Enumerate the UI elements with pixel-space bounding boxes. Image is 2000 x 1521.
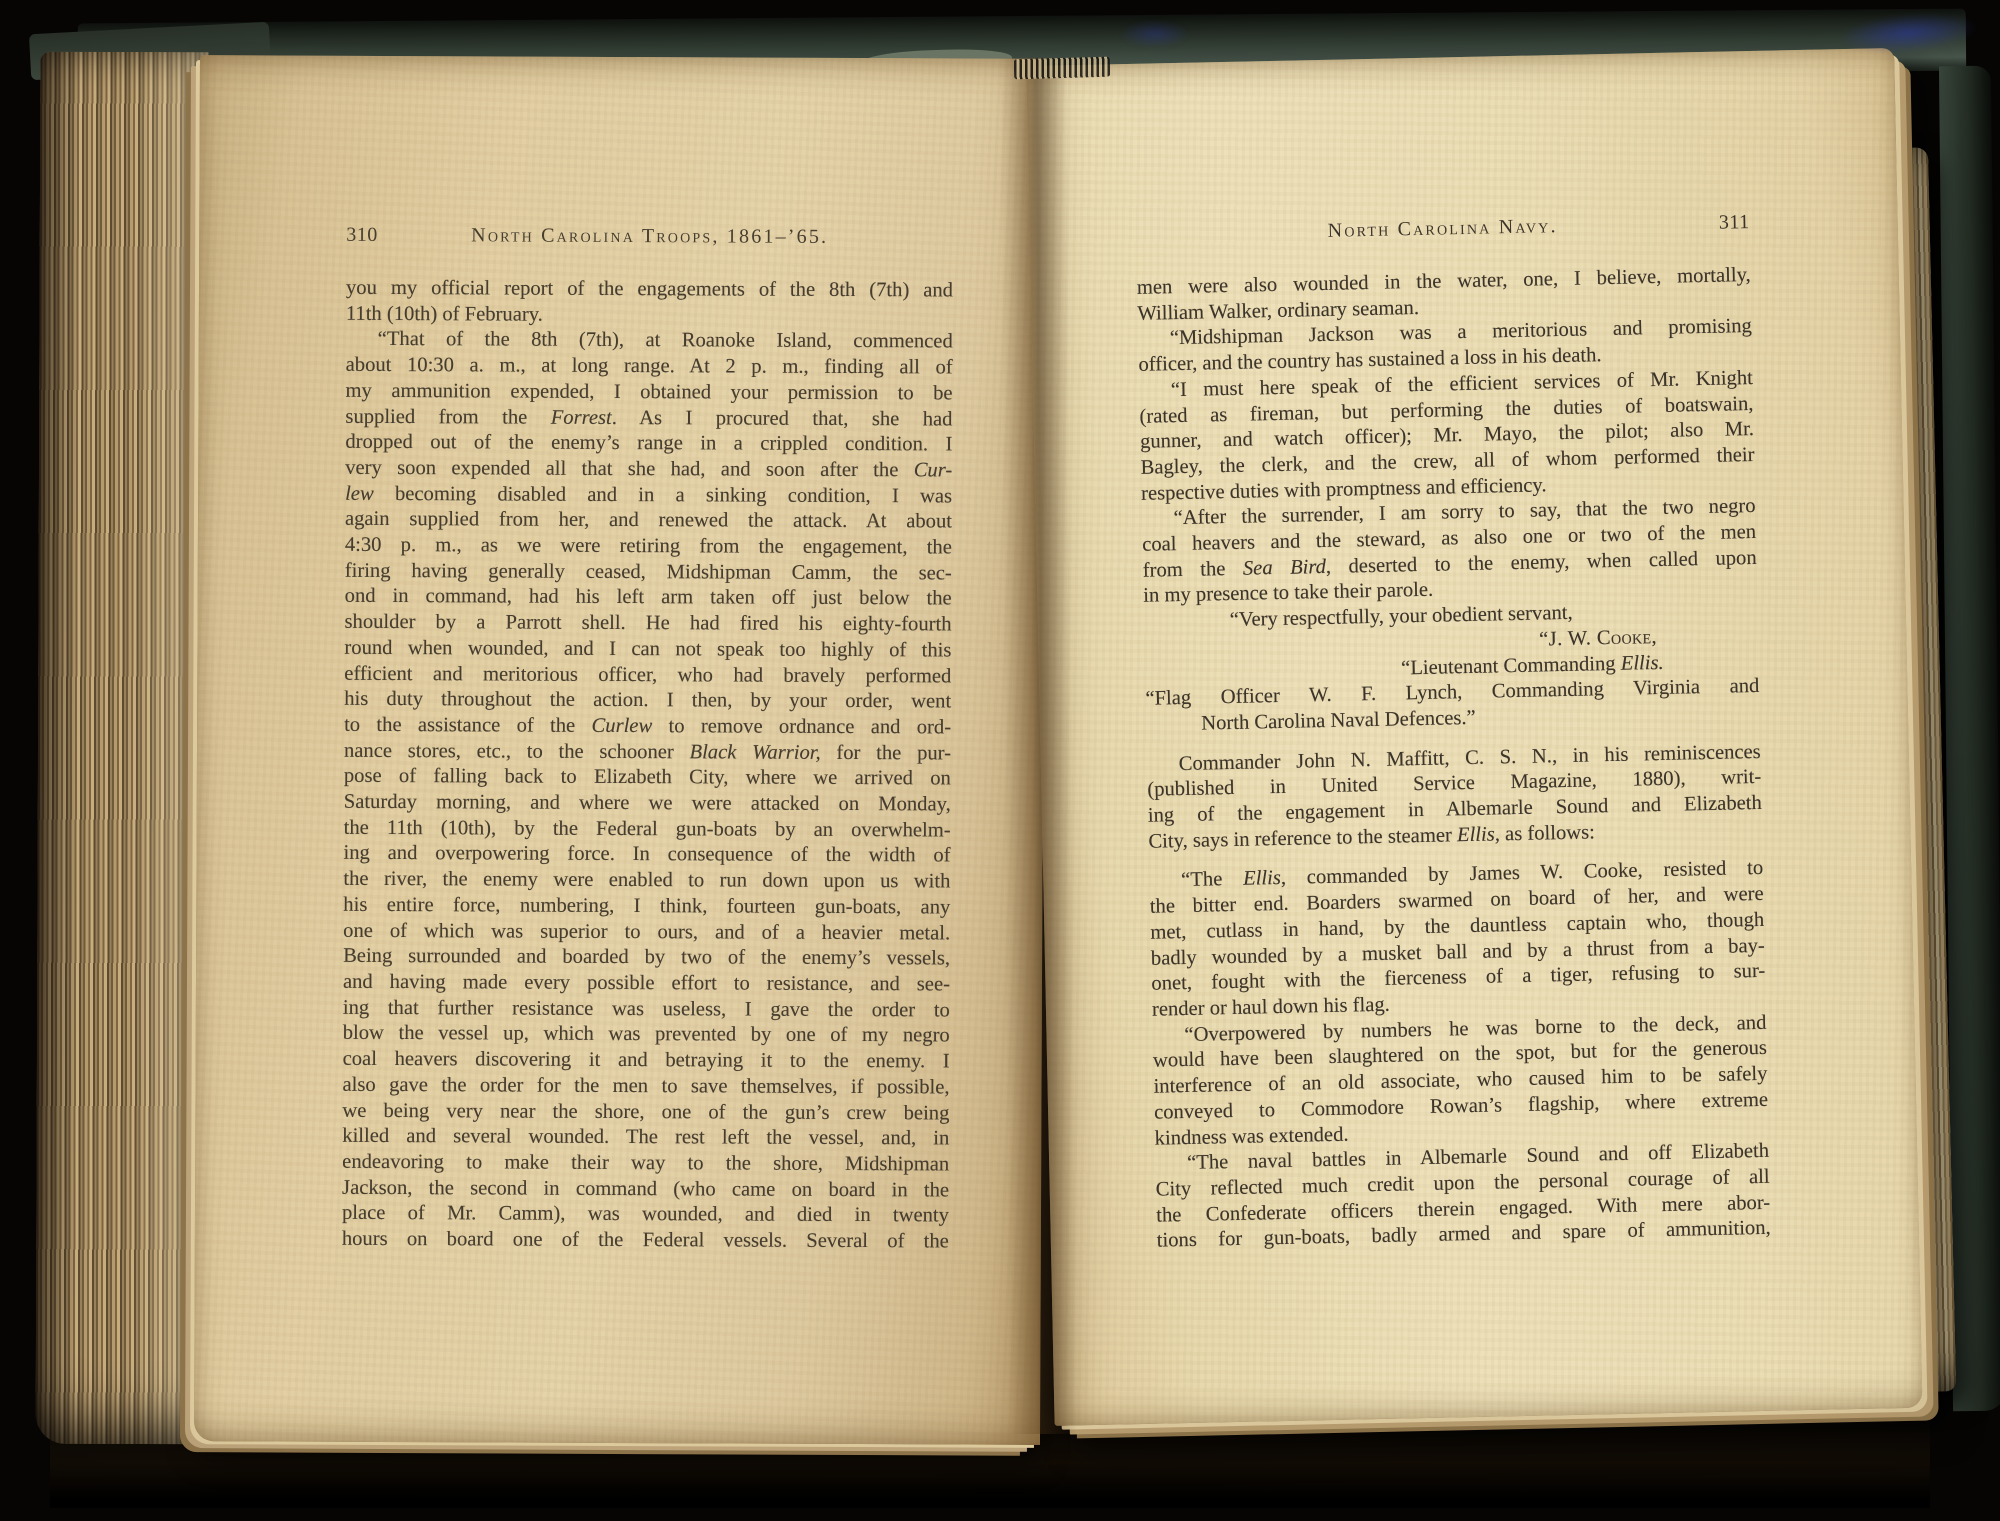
text-line: “That of the 8th (7th), at Roanoke Islan…: [346, 327, 953, 355]
running-title-left: North Carolina Troops, 1861–’65.: [414, 224, 885, 249]
text-line: ing that further resistance was useless,…: [343, 995, 950, 1023]
running-header-right: North Carolina Navy. 311: [1136, 211, 1750, 247]
page-number-left: 310: [346, 224, 414, 247]
text-line: again supplied from her, and renewed the…: [345, 507, 952, 535]
text-line: lew becoming disabled and in a sinking c…: [345, 481, 952, 509]
running-title-right: North Carolina Navy.: [1203, 212, 1681, 245]
page-left-body-text: you my official report of the engagement…: [342, 276, 953, 1255]
text-line: shoulder by a Parrott shell. He had fire…: [344, 610, 951, 638]
text-line: his entire force, numbering, I think, fo…: [343, 893, 950, 921]
paragraph: “After the surrender, I am sorry to say,…: [1141, 494, 1757, 610]
text-line: endeavoring to make their way to the sho…: [342, 1150, 949, 1178]
text-line: his duty throughout the action. I then, …: [344, 687, 951, 715]
paragraph: “That of the 8th (7th), at Roanoke Islan…: [342, 327, 953, 1255]
text-line: dropped out of the enemy’s range in a cr…: [345, 430, 952, 458]
text-line: blow the vessel up, which was prevented …: [343, 1021, 950, 1049]
header-spacer: [1136, 239, 1204, 240]
page-number-right: 311: [1681, 211, 1749, 235]
page-right-body-text: men were also wounded in the water, one,…: [1137, 263, 1771, 1255]
text-line: to the assistance of the Curlew to remov…: [344, 713, 951, 741]
text-line: 11th (10th) of February.: [346, 302, 953, 330]
text-line: efficient and meritorious officer, who h…: [344, 661, 951, 689]
page-left-content: 310 North Carolina Troops, 1861–’65. you…: [342, 224, 953, 1255]
paragraph: Commander John N. Maffitt, C. S. N., in …: [1147, 740, 1763, 856]
spine-headband: [1014, 57, 1111, 80]
page-edges-left-stack: [36, 52, 209, 1445]
text-line: about 10:30 a. m., at long range. At 2 p…: [346, 353, 953, 381]
paragraph: “I must here speak of the efficient serv…: [1139, 366, 1756, 507]
page-right-content: North Carolina Navy. 311 men were also w…: [1136, 211, 1771, 1255]
text-line: coal heavers discovering it and betrayin…: [343, 1047, 950, 1075]
paragraph: “The naval battles in Albemarle Sound an…: [1155, 1139, 1771, 1255]
text-line: we being very near the shore, one of the…: [342, 1098, 949, 1126]
text-line: and having made every possible effort to…: [343, 970, 950, 998]
paragraph: you my official report of the engagement…: [346, 276, 953, 330]
text-line: the river, the enemy were enabled to run…: [343, 867, 950, 895]
text-line: nance stores, etc., to the schooner Blac…: [344, 738, 951, 766]
text-line: pose of falling back to Elizabeth City, …: [344, 764, 951, 792]
text-line: hours on board one of the Federal vessel…: [342, 1227, 949, 1255]
paragraph: “Overpowered by numbers he was borne to …: [1152, 1011, 1769, 1152]
text-line: Jackson, the second in command (who came…: [342, 1175, 949, 1203]
text-line: the 11th (10th), by the Federal gun-boat…: [344, 816, 951, 844]
text-line: 4:30 p. m., as we were retiring from the…: [345, 533, 952, 561]
text-line: killed and several wounded. The rest lef…: [342, 1124, 949, 1152]
paragraph: “Very respectfully, your obedient servan…: [1144, 597, 1759, 687]
text-line: also gave the order for the men to save …: [342, 1073, 949, 1101]
paragraph: “The Ellis, commanded by James W. Cooke,…: [1149, 856, 1766, 1023]
blue-ink-smudge: [1120, 20, 1190, 48]
text-line: Being surrounded and boarded by two of t…: [343, 944, 950, 972]
text-line: supplied from the Forrest. As I procured…: [345, 404, 952, 432]
text-line: ond in command, had his left arm taken o…: [345, 584, 952, 612]
text-line: place of Mr. Camm), was wounded, and die…: [342, 1201, 949, 1229]
page-left: 310 North Carolina Troops, 1861–’65. you…: [194, 55, 1046, 1445]
text-line: Saturday morning, and where we were atta…: [344, 790, 951, 818]
text-line: very soon expended all that she had, and…: [345, 456, 952, 484]
text-line: firing having generally ceased, Midshipm…: [345, 559, 952, 587]
text-line: one of which was superior to ours, and o…: [343, 918, 950, 946]
page-right: North Carolina Navy. 311 men were also w…: [1026, 48, 1922, 1426]
running-header-left: 310 North Carolina Troops, 1861–’65.: [346, 224, 953, 250]
text-line: round when wounded, and I can not speak …: [344, 636, 951, 664]
text-line: ing and overpowering force. In consequen…: [343, 841, 950, 869]
text-line: my ammunition expended, I obtained your …: [346, 379, 953, 407]
book-photo: 310 North Carolina Troops, 1861–’65. you…: [0, 0, 2000, 1521]
text-line: you my official report of the engagement…: [346, 276, 953, 304]
